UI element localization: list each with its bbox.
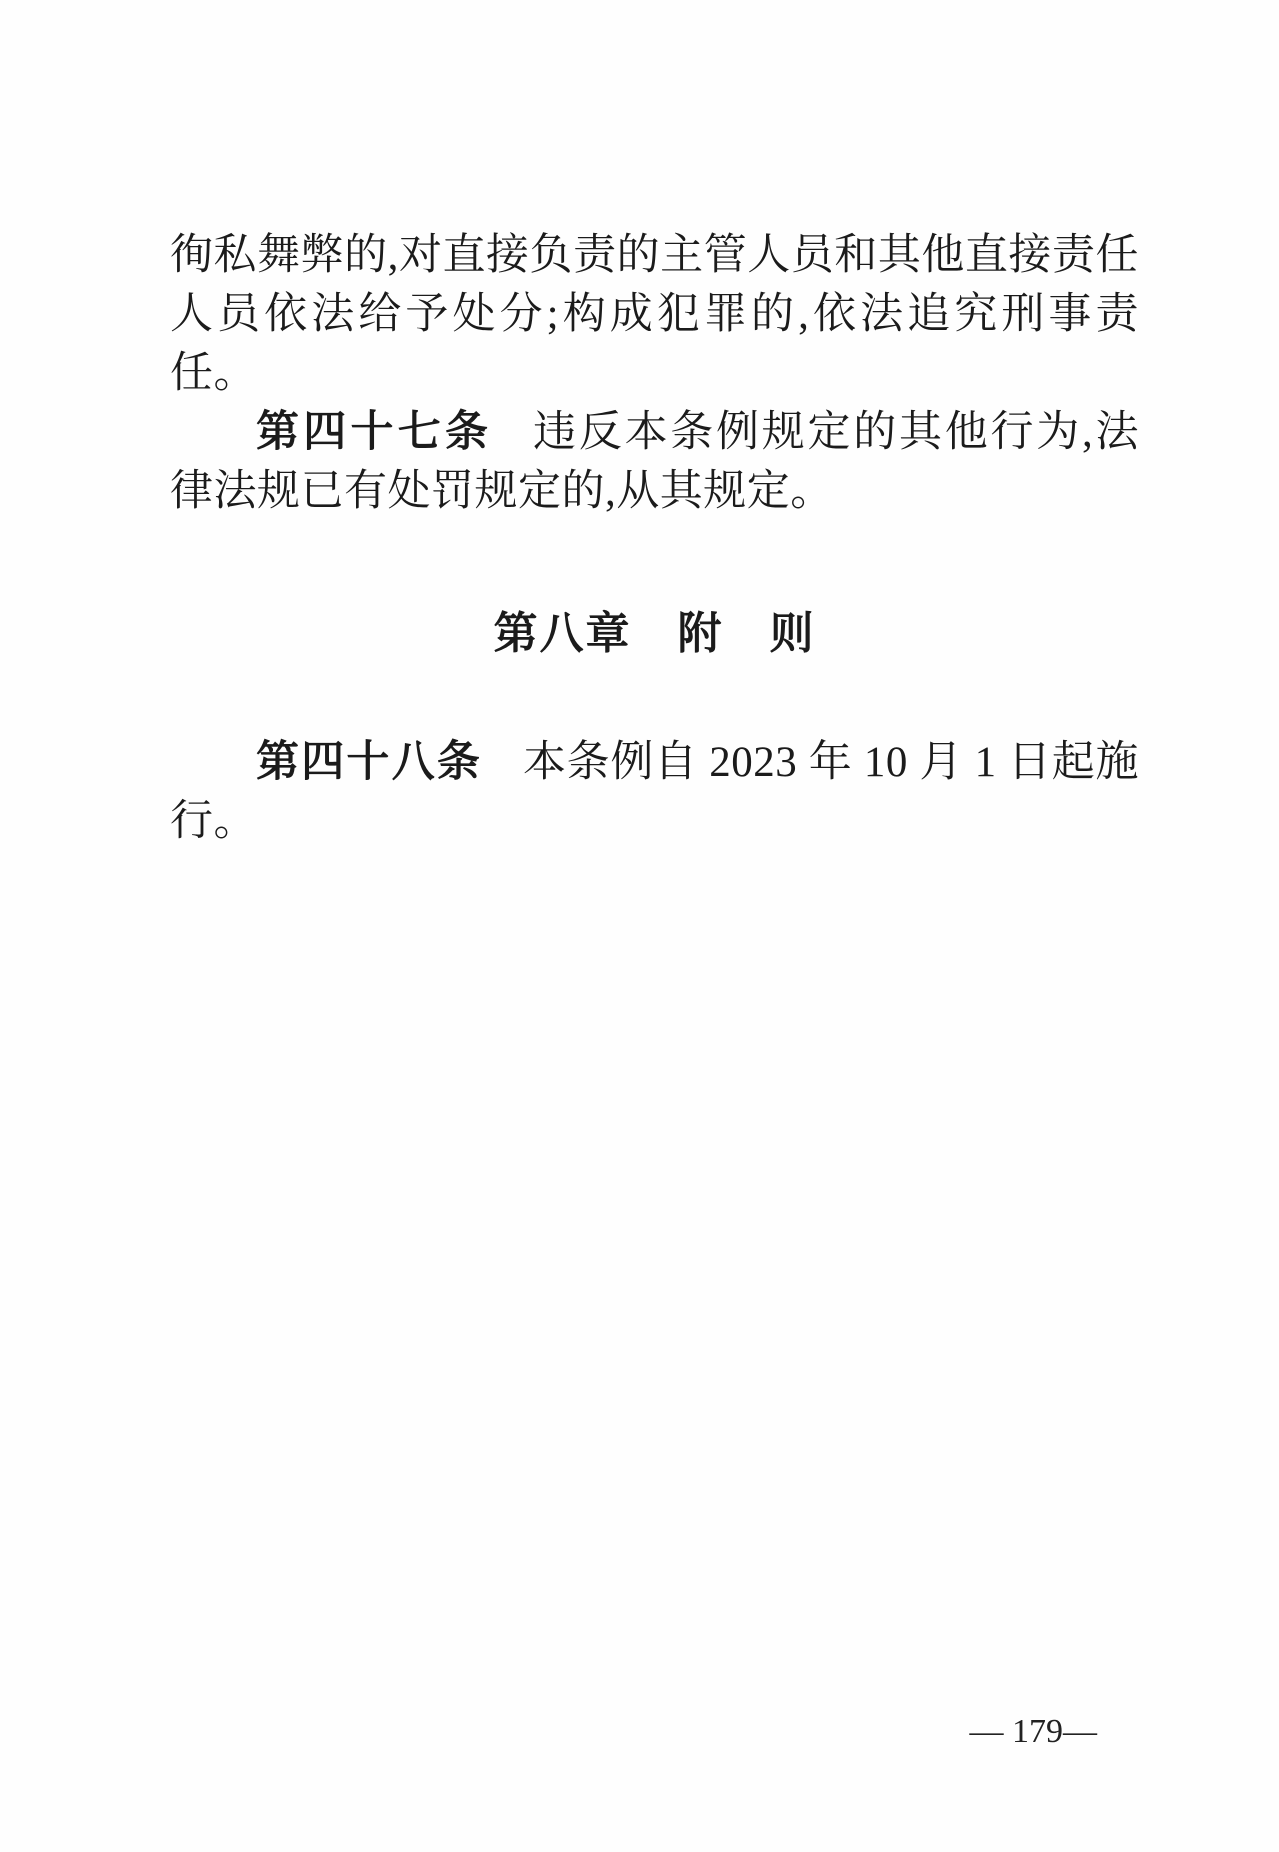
paragraph-article-47: 第四十七条违反本条例规定的其他行为,法律法规已有处罚规定的,从其规定。 [170,403,1139,521]
page-number: — 179— [970,1712,1098,1752]
article-48-number: 第四十八条 [256,738,482,786]
page-content: 徇私舞弊的,对直接负责的主管人员和其他直接责任人员依法给予处分;构成犯罪的,依法… [170,226,1139,851]
paragraph-article-48: 第四十八条本条例自 2023 年 10 月 1 日起施行。 [170,733,1139,851]
document-page: 徇私舞弊的,对直接负责的主管人员和其他直接责任人员依法给予处分;构成犯罪的,依法… [0,0,1279,1852]
article-47-number: 第四十七条 [256,408,492,456]
paragraph-continuation: 徇私舞弊的,对直接负责的主管人员和其他直接责任人员依法给予处分;构成犯罪的,依法… [170,226,1139,403]
chapter-heading: 第八章 附 则 [170,604,1139,663]
